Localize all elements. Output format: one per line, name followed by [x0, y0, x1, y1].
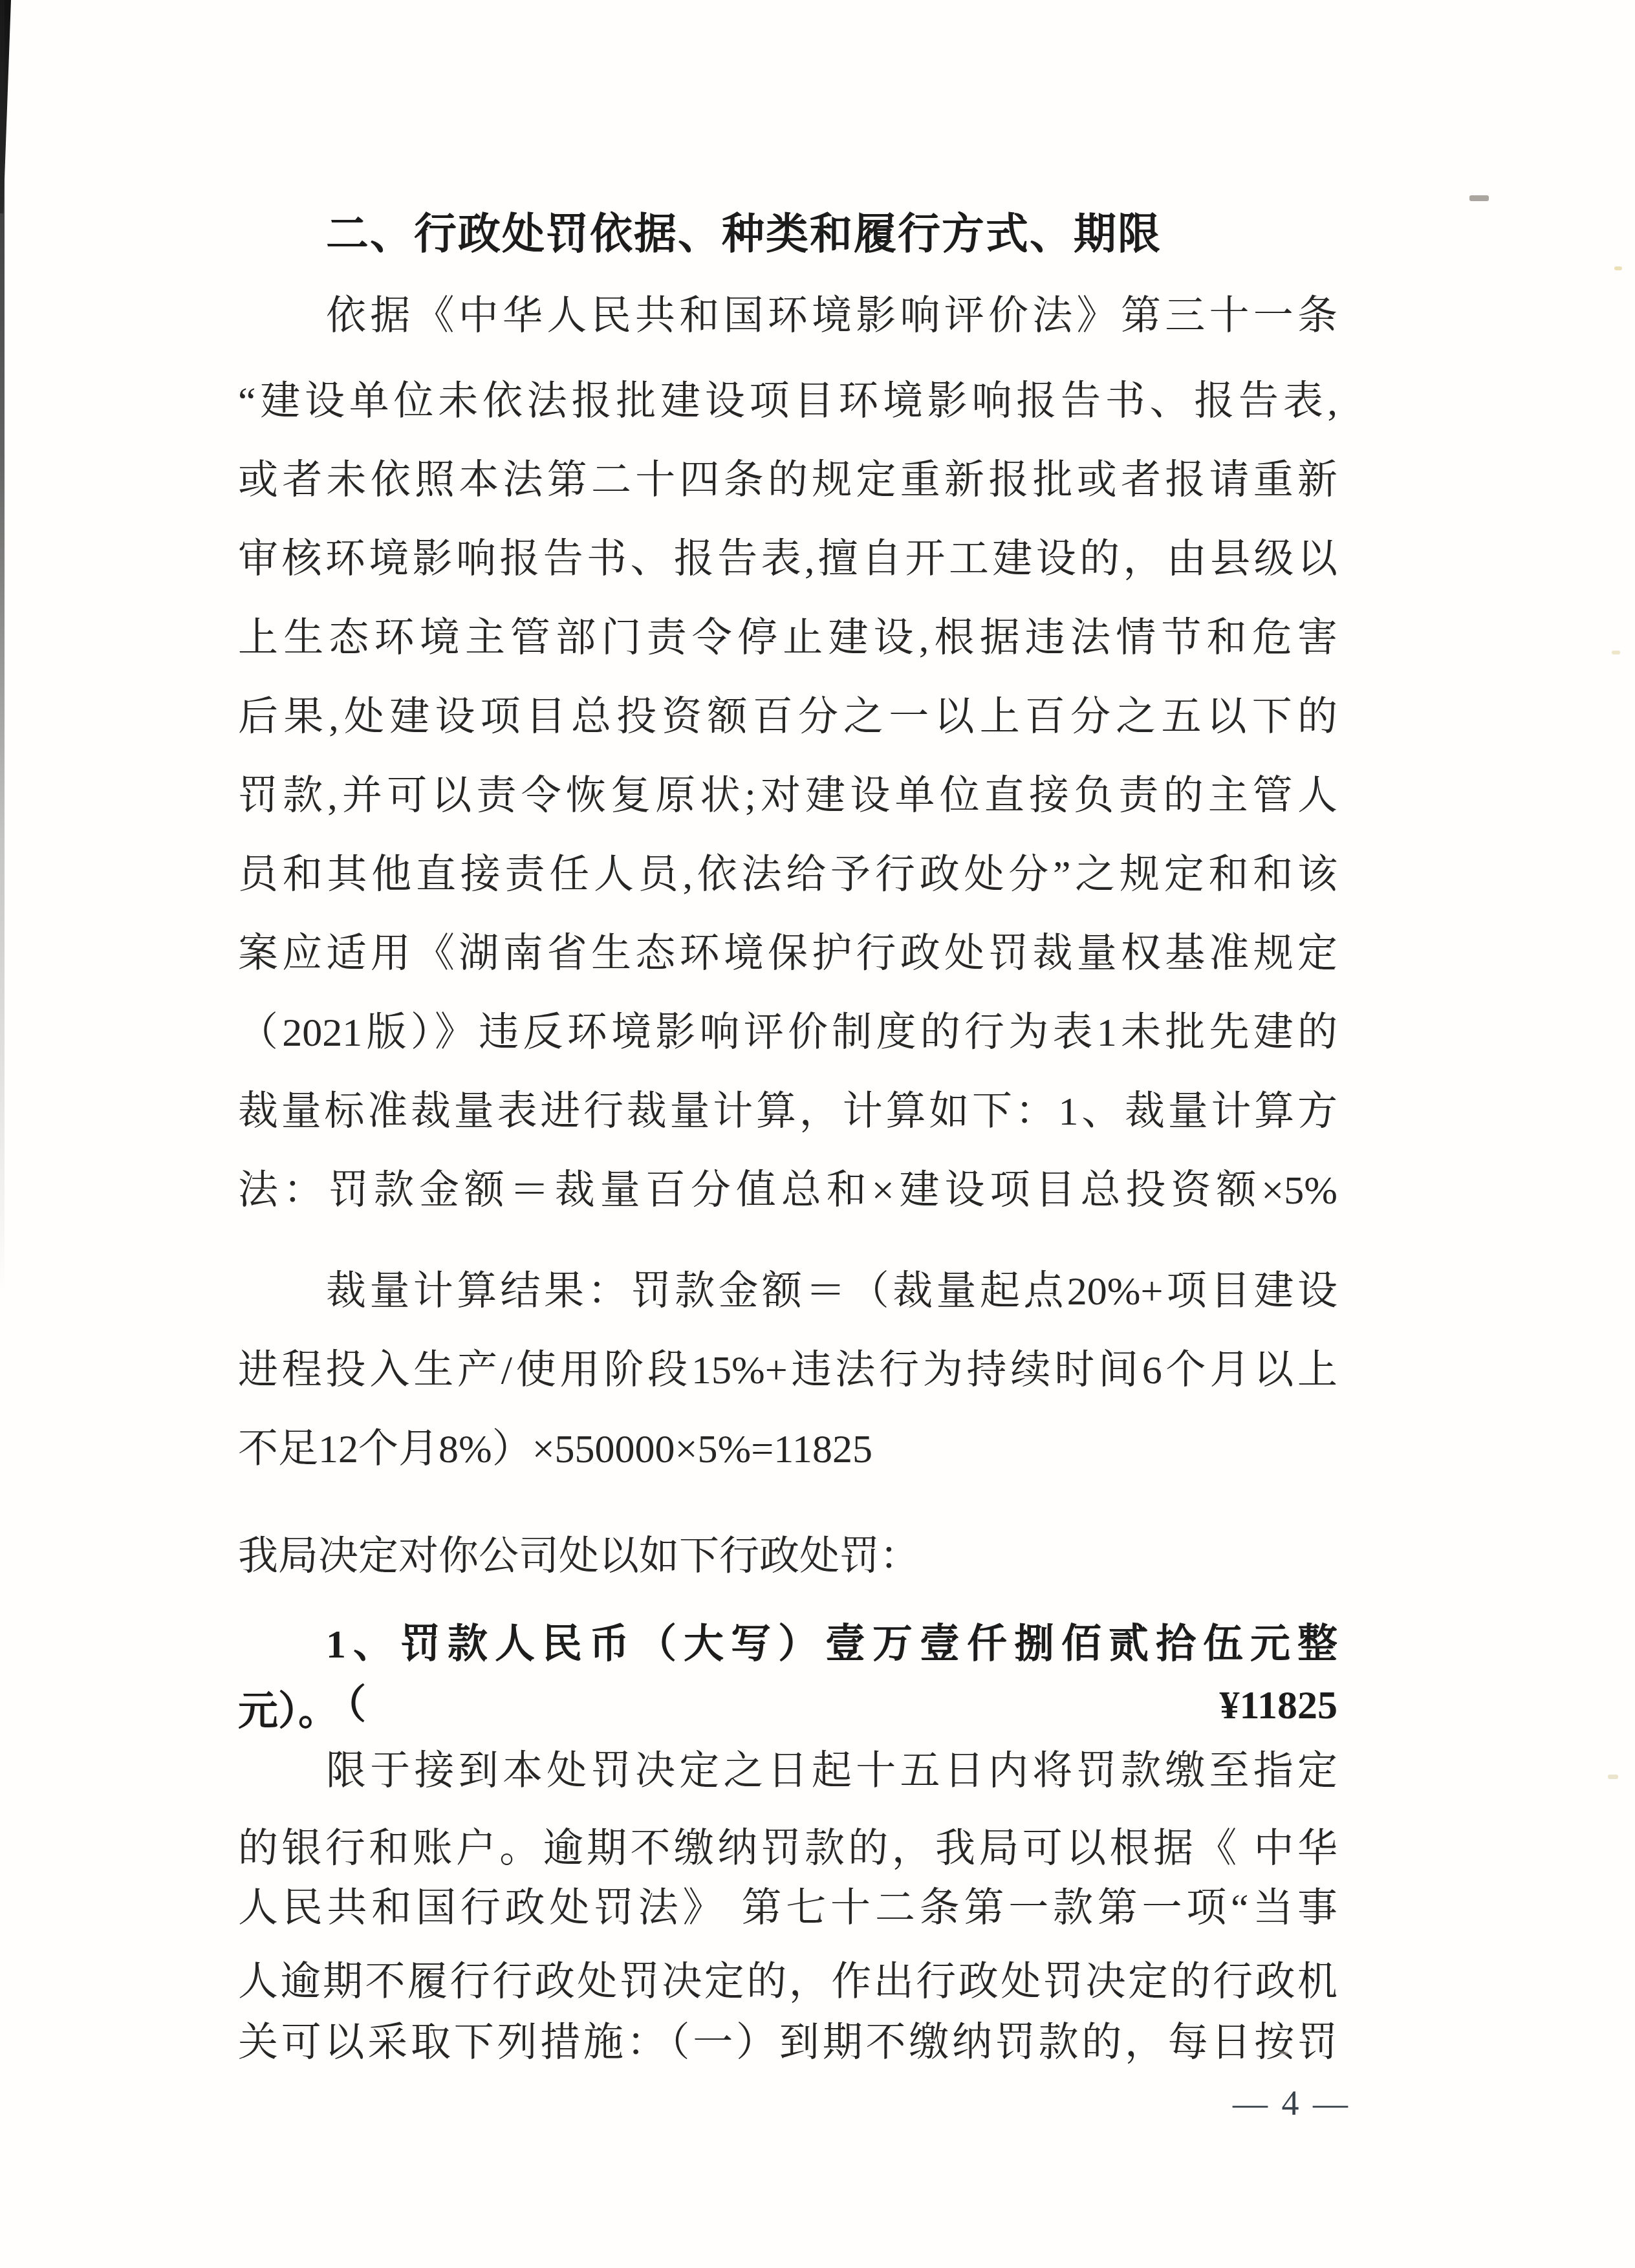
text-line: 不足12个月8%）×550000×5%=11825: [238, 1419, 1337, 1480]
text-line: 进程投入生产/使用阶段15%+违法行为持续时间6个月以上: [238, 1340, 1337, 1401]
scanner-edge-shadow: [0, 0, 5, 1293]
text-line: 法：罚款金额＝裁量百分值总和×建设项目总投资额×5%: [238, 1160, 1337, 1221]
text-line: 依据《中华人民共和国环境影响评价法》第三十一条: [326, 286, 1337, 347]
scan-speck: [1614, 266, 1622, 270]
text-line: 或者未依照本法第二十四条的规定重新报批或者报请重新: [238, 450, 1337, 511]
text-line: 人逾期不履行行政处罚决定的，作出行政处罚决定的行政机: [238, 1952, 1337, 2013]
text-line: 员和其他直接责任人员,依法给予行政处分”之规定和和该: [238, 845, 1337, 905]
scan-speck: [388, 1286, 393, 1292]
scan-speck: [1279, 2051, 1288, 2055]
text-line: 裁量标准裁量表进行裁量计算，计算如下：1、裁量计算方: [238, 1081, 1337, 1142]
penalty-amount-line: 元）。: [238, 1681, 1337, 1742]
text-line: 裁量计算结果：罚款金额＝（裁量起点20%+项目建设: [326, 1261, 1337, 1322]
page-number: — 4 —: [1211, 2077, 1372, 2129]
text-line: 关可以采取下列措施：（一）到期不缴纳罚款的，每日按罚: [238, 2013, 1337, 2073]
document-page: 二、行政处罚依据、种类和履行方式、期限 依据《中华人民共和国环境影响评价法》第三…: [0, 0, 1635, 2268]
text-line: 审核环境影响报告书、报告表,擅自开工建设的，由县级以: [238, 529, 1337, 590]
text-line: “建设单位未依法报批建设项目环境影响报告书、报告表,: [238, 371, 1337, 432]
text-line: 限于接到本处罚决定之日起十五日内将罚款缴至指定: [326, 1741, 1337, 1802]
text-line: 后果,处建设项目总投资额百分之一以上百分之五以下的: [238, 687, 1337, 748]
scan-speck: [1469, 195, 1489, 201]
text-line: 上生态环境主管部门责令停止建设,根据违法情节和危害: [238, 608, 1337, 669]
text-line: 案应适用《湖南省生态环境保护行政处罚裁量权基准规定: [238, 923, 1337, 984]
scan-speck: [1612, 651, 1620, 654]
text-line: 罚款,并可以责令恢复原状;对建设单位直接负责的主管人: [238, 766, 1337, 826]
text-line: 我局决定对你公司处以如下行政处罚：: [238, 1526, 1337, 1587]
section-heading: 二、行政处罚依据、种类和履行方式、期限: [326, 204, 1337, 265]
scan-speck: [1608, 1775, 1618, 1779]
text-line: 的银行和账户。逾期不缴纳罚款的，我局可以根据《 中华: [238, 1819, 1337, 1879]
text-line: （2021版）》违反环境影响评价制度的行为表1未批先建的: [238, 1002, 1337, 1063]
text-line: 人民共和国行政处罚法》 第七十二条第一款第一项“当事: [238, 1878, 1337, 1939]
penalty-amount-line: 1、罚款人民币（大写）壹万壹仟捌佰贰拾伍元整（¥11825: [326, 1614, 1337, 1675]
